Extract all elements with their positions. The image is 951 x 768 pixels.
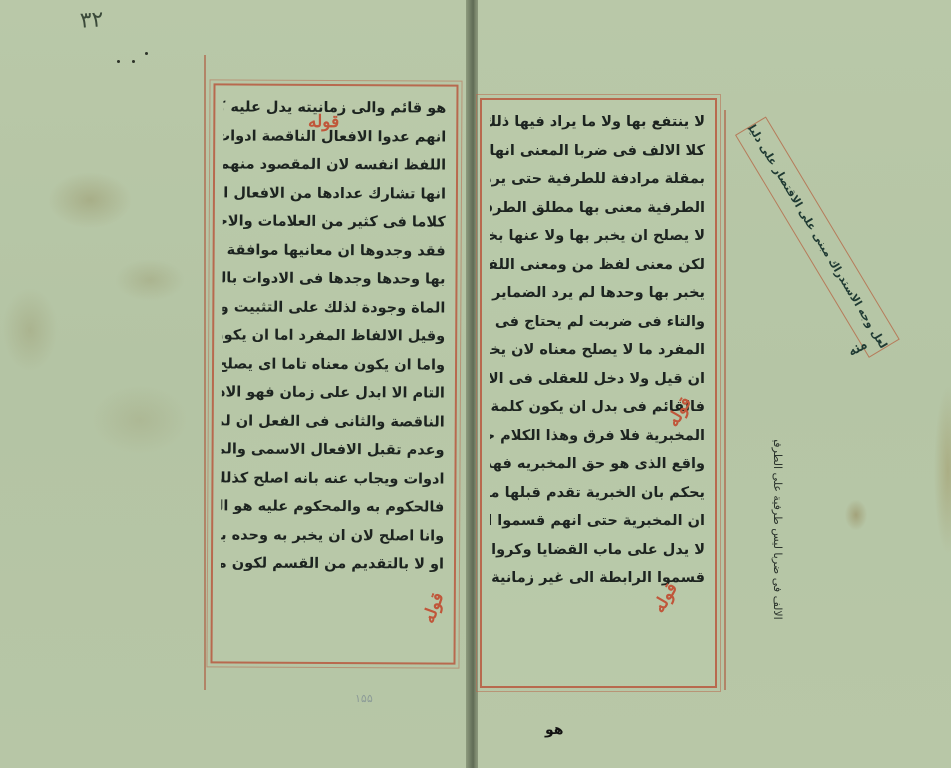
text-line: ادوات ويجاب عنه بانه اصلح كذلك لكنه ما ل… (221, 464, 444, 494)
text-line: والتاء فى ضربت لم يحتاج فى فرقه على الاى… (490, 308, 705, 337)
manuscript-spread: ٣٢ هو قائم والى زمانيته يدل عليه كما ان … (0, 0, 951, 768)
rubric-qawluhu: قوله (308, 112, 339, 132)
ink-spot (145, 52, 148, 55)
text-line: لا ينتفع بها ولا ما يراد فيها ذلك الضماي… (490, 108, 705, 137)
text-line: بمقلة مرادفة للطرفية حتى يرد انها لا يكو… (490, 165, 705, 194)
text-line: وانا اصلح لان ان يخبر به وحده بهذا القسم… (221, 521, 444, 551)
text-line: ان المخبرية حتى انهم قسموا الاداة الى غي… (490, 507, 705, 536)
left-page: ٣٢ هو قائم والى زمانيته يدل عليه كما ان … (0, 0, 470, 768)
left-text-block: هو قائم والى زمانيته يدل عليه كما ان نحو… (210, 83, 458, 664)
text-line: كلاما فى كثير من العلامات والاحوال اللفظ… (223, 207, 446, 237)
text-line: يخبر بها وحدها لم يرد الضماير التى وقعت … (490, 279, 705, 308)
text-line: الطرفية معنى بها مطلق الطرفية وهذه الطرف… (490, 194, 705, 223)
text-line: الماة وجودة لذلك على التثبيت ومن ثم قيل … (222, 293, 445, 323)
left-margin-rule (204, 55, 206, 690)
folio-number: ٣٢ (79, 7, 104, 34)
text-line: انها تشارك عدادها من الافعال المتمامه با… (223, 179, 446, 209)
ink-spot (132, 60, 135, 63)
text-line: وعدم تقبل الافعال الاسمى والموصول لا يصل… (222, 435, 445, 465)
text-line: واقع الذى هو حق المخبريه فهذا التركيب حا… (490, 450, 705, 479)
ink-spot (117, 60, 120, 63)
catchword: هو (545, 722, 563, 738)
text-line: كلا الالف فى ضربا المعنى انها دسند المرا… (490, 137, 705, 166)
vertical-margin-note: الالف فى ضربا ليس طرفية على الطرفية بها … (760, 440, 784, 620)
text-line: يحكم بان الخبرية تقدم قبلها ما وجده فى ل… (490, 479, 705, 508)
text-line: فالحكوم به والمحكوم عليه هو الموصول والع… (221, 492, 444, 522)
text-line: فقد وجدوها ان معانيها موافقة لمعانى الاد… (223, 236, 446, 266)
text-line: ان قيل ولا دخل للعقلى فى الاخبار به قيل … (490, 365, 705, 394)
text-line: لا يصلح ان يخبر بها ولا عنها بخلاف معنى … (490, 222, 705, 251)
text-line: لكن معنى لفظ من ومعنى اللفظ الابتداء ولو… (490, 251, 705, 280)
right-text-block: لا ينتفع بها ولا ما يراد فيها ذلك الضماي… (480, 98, 717, 688)
text-line: التام الا ابدل على زمان فهو الاداة واما … (222, 378, 445, 408)
text-line: او لا بالتقديم من القسم لكون مفهومه عند … (221, 549, 444, 579)
text-line: اللفظ انفسه لان المقصود منهم تصحيح الالف… (223, 150, 446, 180)
text-line: وقيل الالفاظ المفرد اما ان يكون معناه غي… (222, 321, 445, 351)
right-margin-rule (724, 110, 726, 690)
text-line: واما ان يكون معناه تاما اى يصلح لا جنبى … (222, 350, 445, 380)
faint-stamp: ۱۵۵ (355, 692, 373, 705)
text-line: المفرد ما لا يصلح معناه لان يخبر به وحده… (490, 336, 705, 365)
text-line: الناقصة والثانى فى الفعل ان لم يدل على ز… (222, 407, 445, 437)
text-line: لا يدل على ماب القضايا وكروان الرابطين ا… (490, 536, 705, 565)
text-line: بها وحدها وجدها فى الادوات بالدلالة على … (222, 264, 445, 294)
